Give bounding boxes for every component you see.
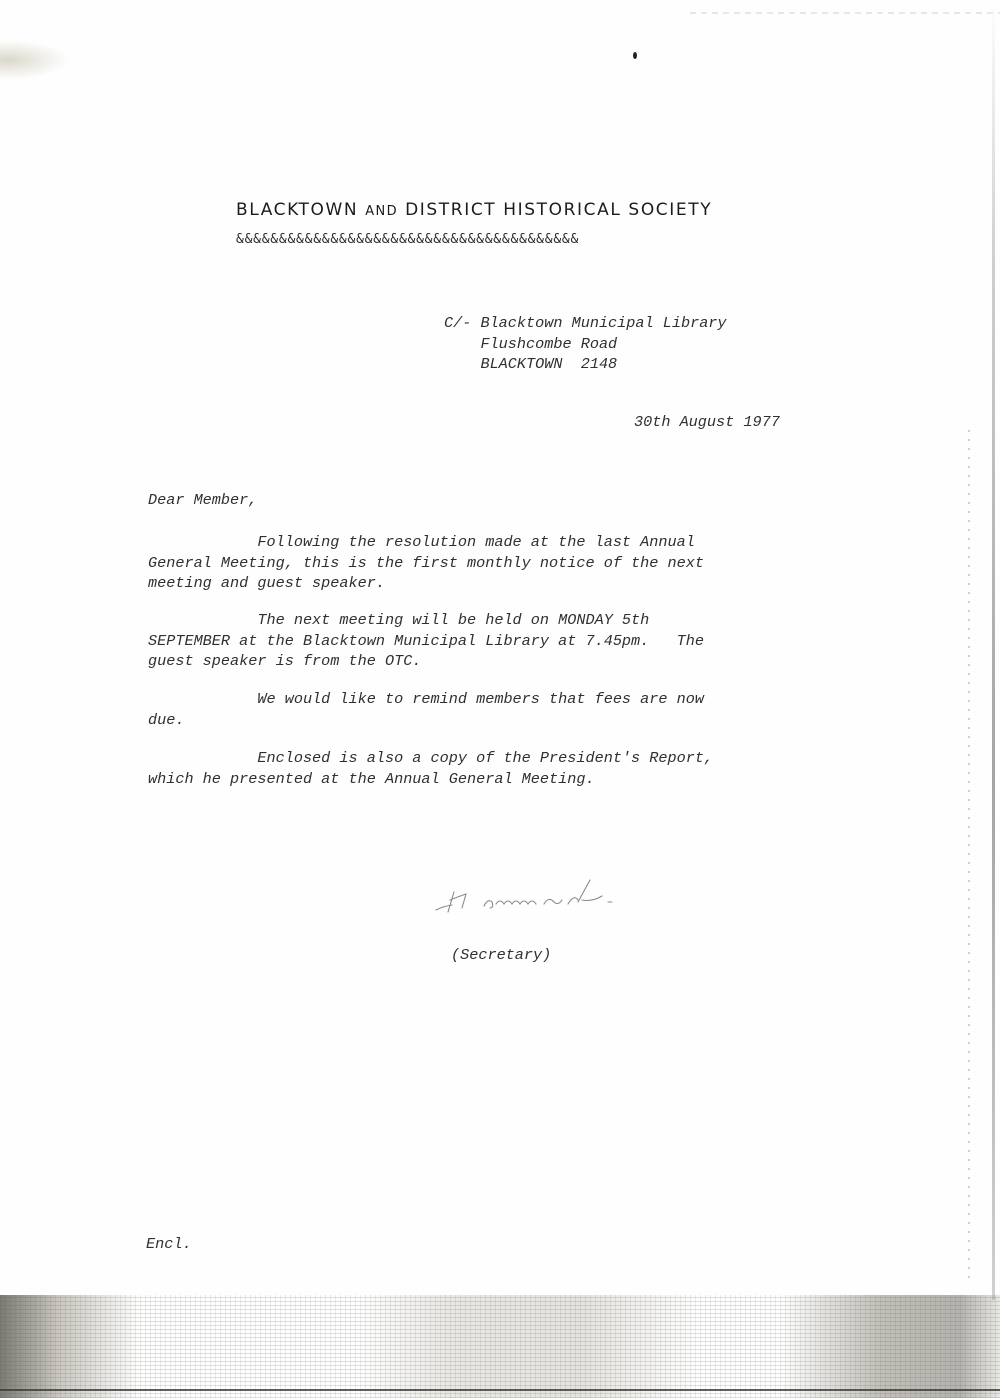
sender-address: C/- Blacktown Municipal Library Flushcom… <box>444 313 727 375</box>
letterhead-name-part: DISTRICT HISTORICAL SOCIETY <box>405 200 712 220</box>
address-line: C/- Blacktown Municipal Library <box>444 313 727 334</box>
scan-artifact-right-ticks <box>968 430 970 1280</box>
scan-artifact-speckle <box>0 40 70 80</box>
paragraph-line: which he presented at the Annual General… <box>148 769 713 790</box>
enclosure-note: Encl. <box>146 1234 192 1255</box>
paragraph-line: SEPTEMBER at the Blacktown Municipal Lib… <box>148 631 704 652</box>
address-line: Flushcombe Road <box>444 334 727 355</box>
body-paragraph: We would like to remind members that fee… <box>148 689 704 730</box>
paragraph-line: due. <box>148 710 704 731</box>
paragraph-line: meeting and guest speaker. <box>148 573 704 594</box>
scanned-letter-page: BLACKTOWN AND DISTRICT HISTORICAL SOCIET… <box>0 0 1000 1398</box>
paragraph-line: We would like to remind members that fee… <box>148 689 704 710</box>
scan-artifact-right-edge <box>992 0 995 1300</box>
body-paragraph: Enclosed is also a copy of the President… <box>148 748 713 789</box>
paragraph-line: guest speaker is from the OTC. <box>148 651 704 672</box>
letter-date: 30th August 1977 <box>634 412 780 433</box>
letterhead-title: BLACKTOWN AND DISTRICT HISTORICAL SOCIET… <box>236 200 712 220</box>
paragraph-line: Enclosed is also a copy of the President… <box>148 748 713 769</box>
handwritten-signature <box>432 872 662 922</box>
scan-artifact-bottom-band <box>0 1295 1000 1398</box>
letterhead-name-part: AND <box>365 204 398 219</box>
scan-artifact-dot <box>633 52 637 59</box>
signatory-title: (Secretary) <box>451 945 551 966</box>
paragraph-line: The next meeting will be held on MONDAY … <box>148 610 704 631</box>
address-line: BLACKTOWN 2148 <box>444 354 727 375</box>
signature-scrawl-icon <box>432 872 662 922</box>
salutation: Dear Member, <box>148 490 257 511</box>
paragraph-line: Following the resolution made at the las… <box>148 532 704 553</box>
scan-artifact-top-edge <box>690 12 1000 14</box>
letterhead-name-part: BLACKTOWN <box>236 200 358 220</box>
letterhead-ornament-divider: &&&&&&&&&&&&&&&&&&&&&&&&&&&&&&&&&&&&&&&& <box>236 232 579 247</box>
body-paragraph: Following the resolution made at the las… <box>148 532 704 594</box>
scan-artifact-bottom-line <box>0 1389 1000 1391</box>
body-paragraph: The next meeting will be held on MONDAY … <box>148 610 704 672</box>
paragraph-line: General Meeting, this is the first month… <box>148 553 704 574</box>
